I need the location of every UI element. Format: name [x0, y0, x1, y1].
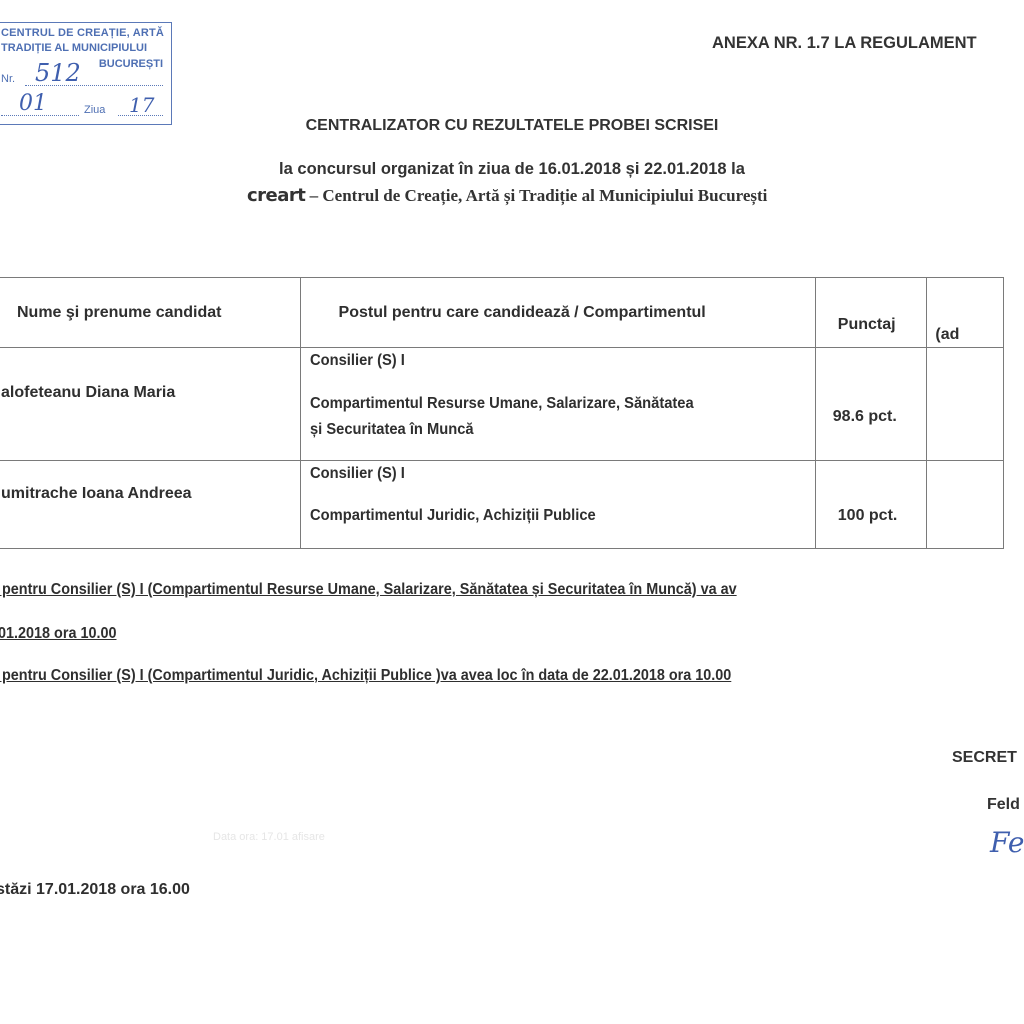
department: Compartimentul Resurse Umane, Salarizare…: [310, 395, 694, 413]
candidate-name: umitrache Ioana Andreea: [1, 485, 192, 503]
score-cell: 100 pct.: [815, 461, 927, 549]
table-header-row: Nume şi prenume candidat Postul pentru c…: [0, 278, 1004, 348]
result-cell: [927, 348, 1004, 461]
stamp-nr-value: 512: [35, 59, 81, 87]
interview-note-1-line-2: .01.2018 ora 10.00: [0, 625, 116, 643]
stamp-line-2: TRADIȚIE AL MUNICIPIULUI: [1, 42, 147, 54]
secretary-title: SECRET: [952, 749, 1017, 767]
stamp-day-label: Ziua: [84, 104, 105, 116]
document-title: CENTRALIZATOR CU REZULTATELE PROBEI SCRI…: [0, 117, 1024, 135]
header-cell-score: Punctaj: [815, 278, 927, 348]
results-table: Nume şi prenume candidat Postul pentru c…: [0, 277, 1004, 549]
candidate-name-cell: umitrache Ioana Andreea: [0, 461, 300, 549]
column-header: Postul pentru care candidează / Comparti…: [339, 304, 706, 322]
stamp-dotted-line: [25, 85, 163, 86]
stamp-dotted-line: [1, 115, 79, 116]
post-cell: Consilier (S) I Compartimentul Juridic, …: [300, 461, 815, 549]
secretary-name: Feld: [987, 796, 1020, 814]
interview-note-2: l pentru Consilier (S) I (Compartimentul…: [0, 667, 731, 685]
column-header: Punctaj: [838, 316, 896, 334]
department: și Securitatea în Muncă: [310, 421, 474, 439]
header-cell-name: Nume şi prenume candidat: [0, 278, 300, 348]
table-row: umitrache Ioana Andreea Consilier (S) I …: [0, 461, 1004, 549]
stamp-line-3: BUCUREȘTI: [99, 58, 163, 70]
institution-line: creart – Centrul de Creație, Artă și Tra…: [247, 185, 767, 206]
post-title: Consilier (S) I: [310, 352, 405, 370]
stamp-day-value: 17: [129, 93, 154, 117]
column-header: Nume şi prenume candidat: [17, 304, 222, 322]
stamp-month-value: 01: [19, 91, 47, 116]
interview-note-1-line-1: l pentru Consilier (S) I (Compartimentul…: [0, 581, 737, 599]
column-header: (ad: [935, 326, 959, 344]
posting-date: stăzi 17.01.2018 ora 16.00: [0, 881, 190, 899]
creart-logo: creart: [247, 185, 305, 206]
signature: Fe: [990, 826, 1024, 859]
post-cell: Consilier (S) I Compartimentul Resurse U…: [300, 348, 815, 461]
post-title: Consilier (S) I: [310, 465, 405, 483]
stamp-line-1: CENTRUL DE CREAȚIE, ARTĂ: [1, 27, 164, 39]
faint-bleed-text: Data ora: 17.01 afisare: [213, 831, 325, 843]
annex-label: ANEXA NR. 1.7 LA REGULAMENT: [712, 34, 977, 53]
institution-name: – Centrul de Creație, Artă și Tradiție a…: [305, 186, 767, 205]
candidate-name-cell: alofeteanu Diana Maria: [0, 348, 300, 461]
score: 100 pct.: [838, 507, 898, 525]
document-subtitle: la concursul organizat în ziua de 16.01.…: [0, 160, 1024, 179]
candidate-name: alofeteanu Diana Maria: [1, 384, 175, 402]
header-cell-result: (ad: [927, 278, 1004, 348]
stamp-nr-label: Nr.: [1, 73, 15, 85]
table-row: alofeteanu Diana Maria Consilier (S) I C…: [0, 348, 1004, 461]
header-cell-post: Postul pentru care candidează / Comparti…: [300, 278, 815, 348]
score: 98.6 pct.: [833, 408, 897, 426]
score-cell: 98.6 pct.: [815, 348, 927, 461]
department: Compartimentul Juridic, Achiziții Public…: [310, 507, 596, 525]
registration-stamp: CENTRUL DE CREAȚIE, ARTĂ TRADIȚIE AL MUN…: [0, 22, 172, 125]
result-cell: [927, 461, 1004, 549]
